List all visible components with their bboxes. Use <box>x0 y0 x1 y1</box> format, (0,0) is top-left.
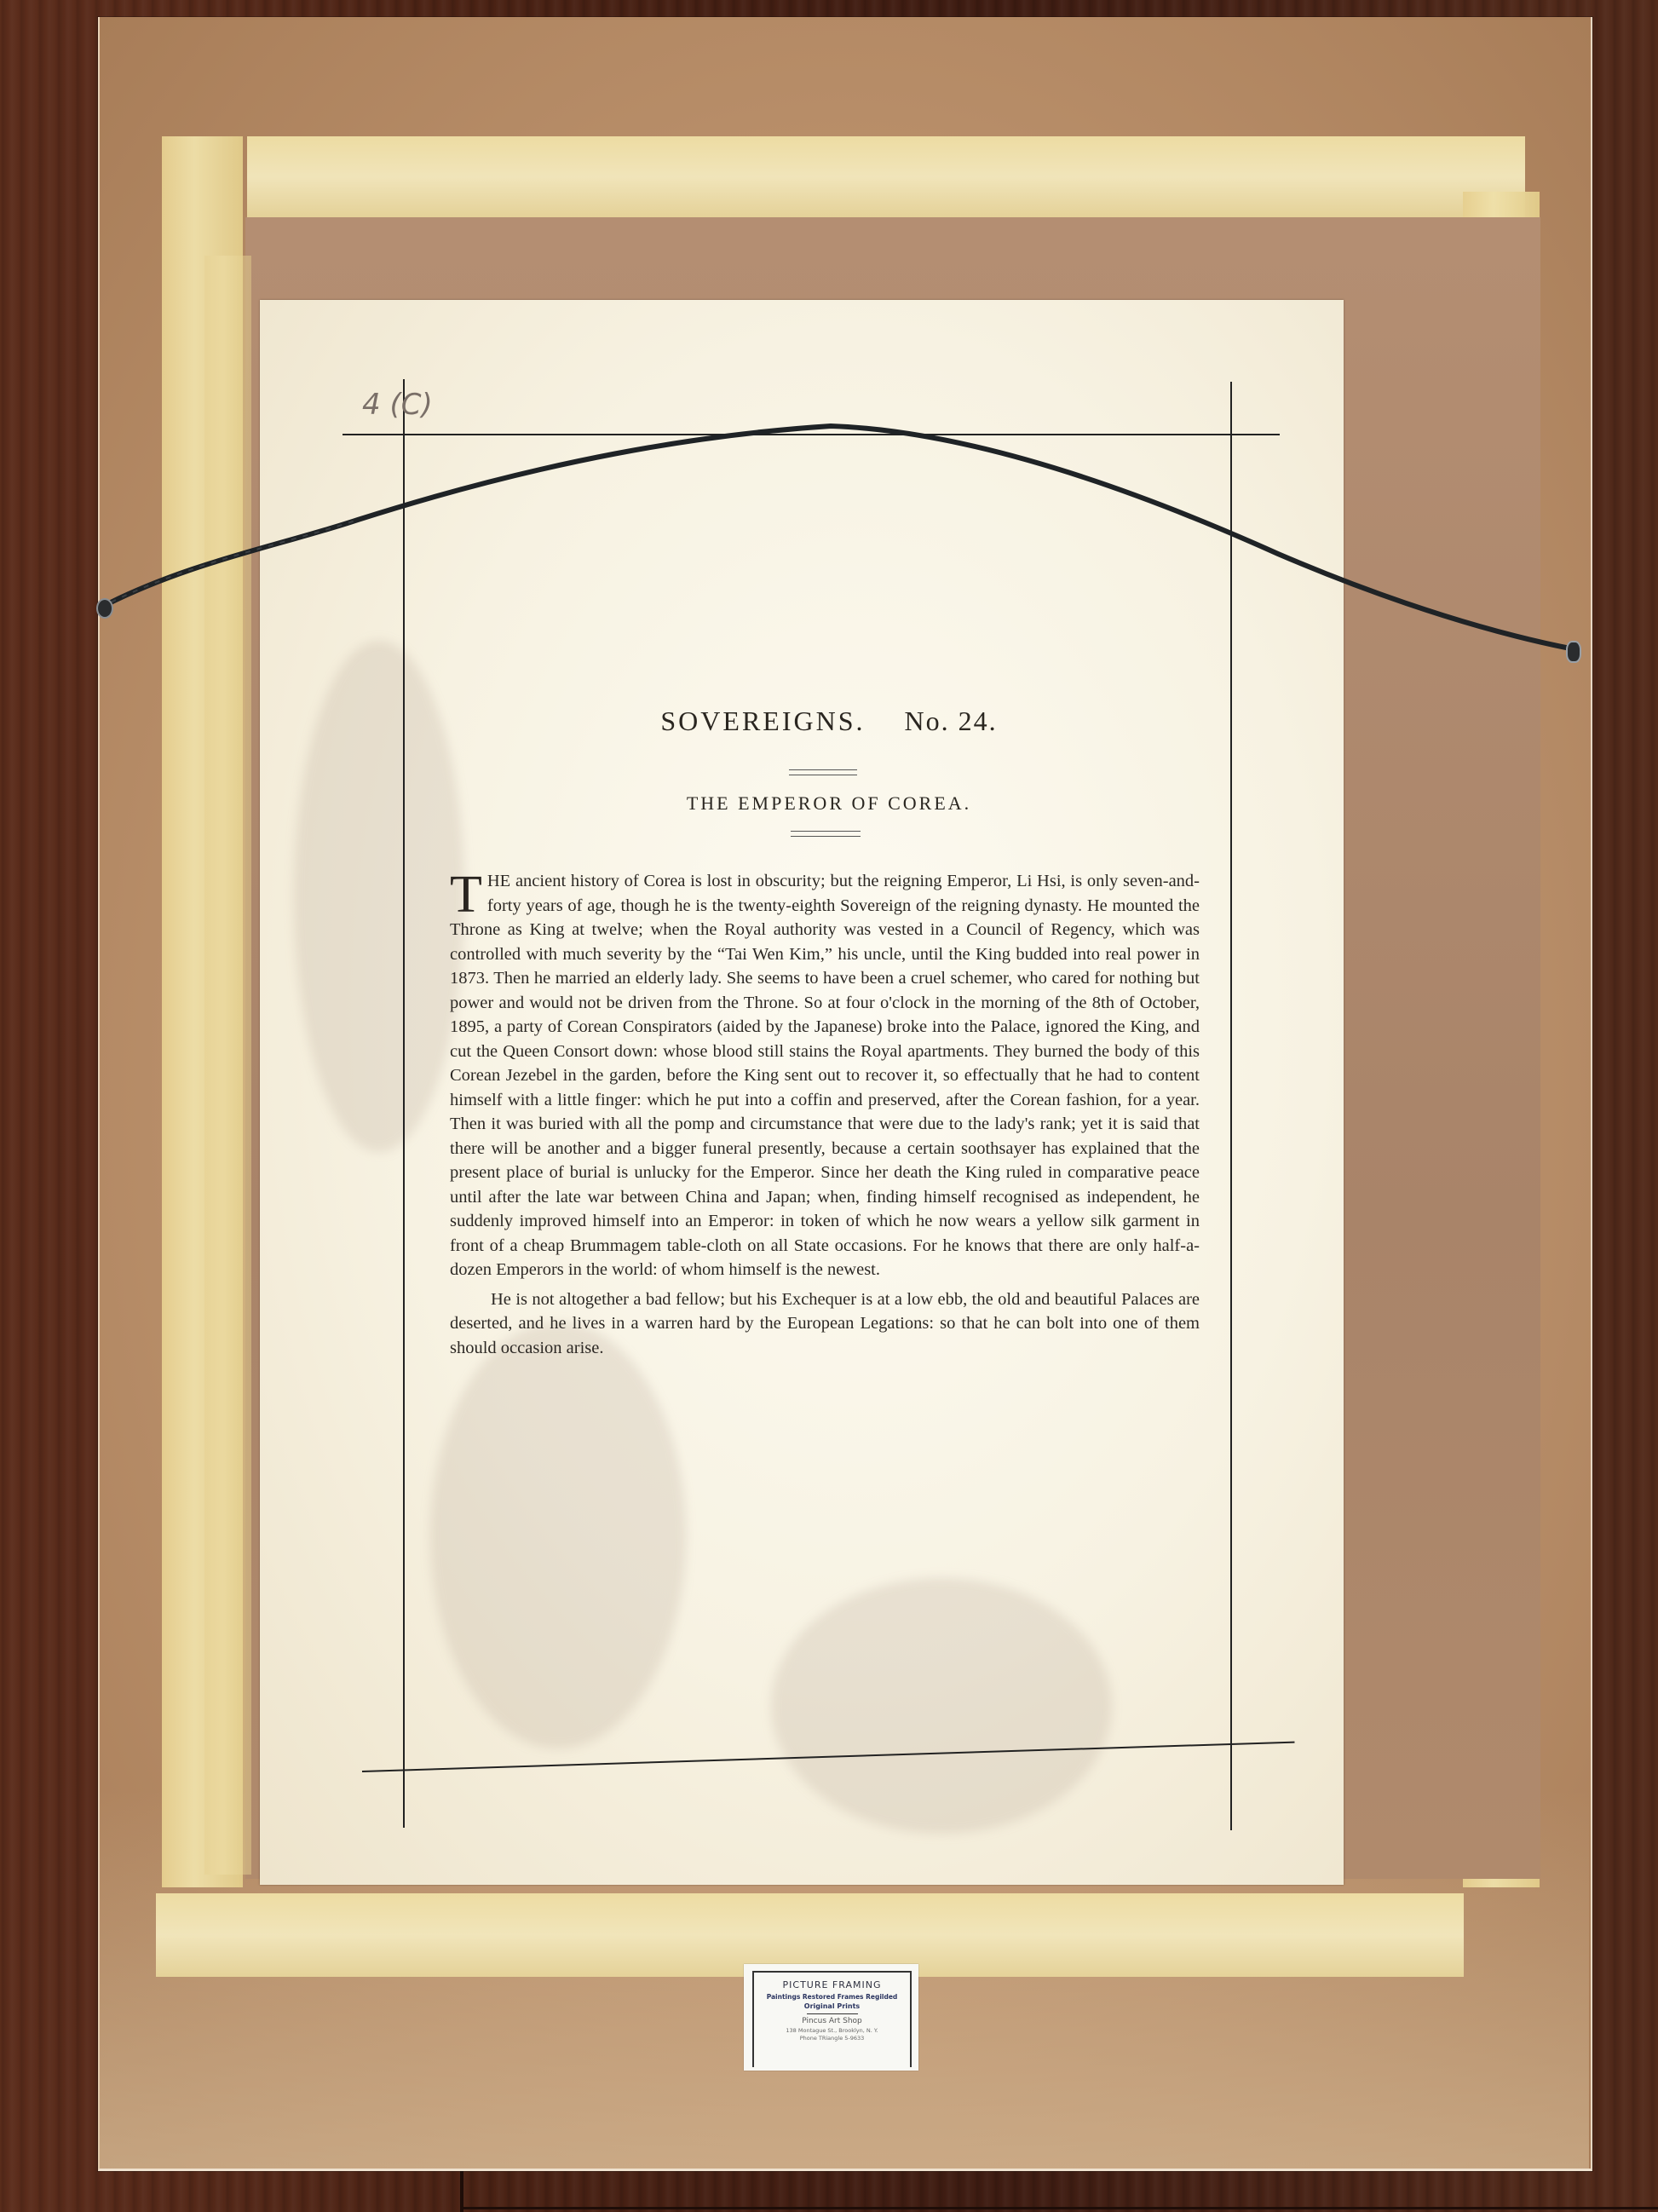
framing-shop-label: PICTURE FRAMING Paintings Restored Frame… <box>744 1964 918 2071</box>
screw-eye-right-icon <box>1566 641 1581 663</box>
screw-eye-left-icon <box>96 598 113 619</box>
label-prints: Original Prints <box>754 2002 910 2010</box>
label-services: Paintings Restored Frames Regilded <box>754 1993 910 2001</box>
label-divider <box>807 2013 858 2014</box>
label-shop-name: Pincus Art Shop <box>754 2017 910 2025</box>
label-heading: PICTURE FRAMING <box>754 1979 910 1990</box>
label-address: 138 Montague St., Brooklyn, N. Y. <box>754 2027 910 2034</box>
label-phone: Phone TRiangle 5-9633 <box>754 2035 910 2042</box>
hanging-wire <box>0 0 1658 2212</box>
